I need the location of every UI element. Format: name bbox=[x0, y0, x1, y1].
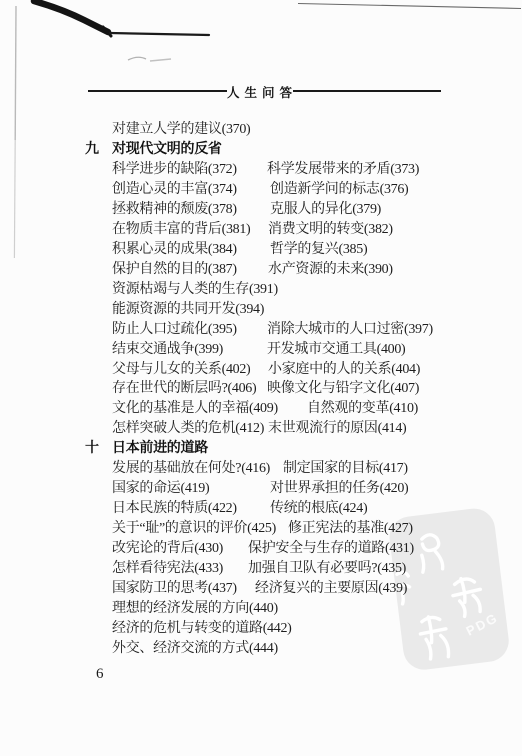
toc-entry-text: 创造新学问的标志(376) bbox=[270, 180, 408, 200]
section-title: 日本前进的道路 bbox=[112, 439, 208, 459]
toc-row: 文化的基准是人的幸福(409)自然观的变革(410) bbox=[0, 399, 522, 419]
toc-entry-text: 消除大城市的人口过密(397) bbox=[267, 320, 433, 340]
toc-row: 日本民族的特质(422)传统的根底(424) bbox=[0, 499, 522, 519]
toc-entry-text: 父母与儿女的关系(402) bbox=[112, 360, 250, 380]
toc-entry-text: 自然观的变革(410) bbox=[307, 399, 418, 419]
toc-entry-text: 日本民族的特质(422) bbox=[112, 499, 237, 519]
toc-entry-text: 保护安全与生存的道路(431) bbox=[248, 539, 414, 559]
toc-entry-text: 积累心灵的成果(384) bbox=[112, 240, 237, 260]
toc-entry-text: 创造心灵的丰富(374) bbox=[112, 180, 237, 200]
toc-row: 对建立人学的建议(370) bbox=[0, 120, 522, 140]
toc-entry-text: 克服人的异化(379) bbox=[270, 200, 381, 220]
toc-row: 关于“耻”的意识的评价(425)修正宪法的基准(427) bbox=[0, 519, 522, 539]
toc-entry-text: 结束交通战争(399) bbox=[112, 340, 223, 360]
page-number: 6 bbox=[96, 666, 104, 683]
toc-entry-text: 拯救精神的颓废(378) bbox=[112, 200, 237, 220]
toc-row: 国家的命运(419)对世界承担的任务(420) bbox=[0, 479, 522, 499]
toc-row: 创造心灵的丰富(374)创造新学问的标志(376) bbox=[0, 180, 522, 200]
toc-row: 在物质丰富的背后(381)消费文明的转变(382) bbox=[0, 220, 522, 240]
toc-row: 理想的经济发展的方向(440) bbox=[0, 599, 522, 619]
toc-row: 存在世代的断层吗?(406)映像文化与铅字文化(407) bbox=[0, 379, 522, 399]
toc-row: 外交、经济交流的方式(444) bbox=[0, 639, 522, 659]
toc-entry-text: 修正宪法的基准(427) bbox=[288, 519, 413, 539]
toc-entry-text: 国家防卫的思考(437) bbox=[112, 579, 237, 599]
toc-row: 父母与儿女的关系(402)小家庭中的人的关系(404) bbox=[0, 360, 522, 380]
toc-entry-text: 传统的根底(424) bbox=[270, 499, 367, 519]
toc-row: 怎样看待宪法(433)加强自卫队有必要吗?(435) bbox=[0, 559, 522, 579]
toc-row: 国家防卫的思考(437)经济复兴的主要原因(439) bbox=[0, 579, 522, 599]
toc-row: 积累心灵的成果(384)哲学的复兴(385) bbox=[0, 240, 522, 260]
toc-entry-text: 文化的基准是人的幸福(409) bbox=[112, 399, 278, 419]
toc-entry-text: 在物质丰富的背后(381) bbox=[112, 220, 250, 240]
toc-entry-text: 对建立人学的建议(370) bbox=[112, 120, 250, 140]
toc-entry-text: 对世界承担的任务(420) bbox=[270, 479, 408, 499]
toc-entry-text: 末世观流行的原因(414) bbox=[268, 419, 406, 439]
toc-entry-text: 资源枯竭与人类的生存(391) bbox=[112, 280, 278, 300]
toc-row: 怎样突破人类的危机(412)末世观流行的原因(414) bbox=[0, 419, 522, 439]
toc-entry-text: 怎样突破人类的危机(412) bbox=[112, 419, 264, 439]
toc-entry-text: 经济复兴的主要原因(439) bbox=[255, 579, 407, 599]
toc-entry-text: 外交、经济交流的方式(444) bbox=[112, 639, 278, 659]
toc-entry-text: 消费文明的转变(382) bbox=[268, 220, 393, 240]
section-number: 十 bbox=[85, 439, 99, 459]
toc-entry-text: 怎样看待宪法(433) bbox=[112, 559, 223, 579]
toc-entry-text: 理想的经济发展的方向(440) bbox=[112, 599, 278, 619]
toc-row: 防止人口过疏化(395)消除大城市的人口过密(397) bbox=[0, 320, 522, 340]
toc-row: 经济的危机与转变的道路(442) bbox=[0, 619, 522, 639]
toc-entry-text: 关于“耻”的意识的评价(425) bbox=[112, 519, 276, 539]
toc-row: 保护自然的目的(387)水产资源的未来(390) bbox=[0, 260, 522, 280]
table-of-contents: 对建立人学的建议(370)九对现代文明的反省科学进步的缺陷(372)科学发展带来… bbox=[0, 0, 522, 756]
toc-row: 能源资源的共同开发(394) bbox=[0, 300, 522, 320]
scanned-book-page: PDG 人生问答 对建立人学的建议(370)九对现代文明的反省科学进步的缺陷(3… bbox=[0, 0, 522, 756]
toc-row: 科学进步的缺陷(372)科学发展带来的矛盾(373) bbox=[0, 160, 522, 180]
section-number: 九 bbox=[85, 140, 99, 160]
toc-row: 改宪论的背后(430)保护安全与生存的道路(431) bbox=[0, 539, 522, 559]
toc-entry-text: 制定国家的目标(417) bbox=[283, 459, 408, 479]
toc-entry-text: 科学进步的缺陷(372) bbox=[112, 160, 237, 180]
section-title: 对现代文明的反省 bbox=[112, 140, 222, 160]
toc-section-row: 九对现代文明的反省 bbox=[0, 140, 522, 160]
toc-entry-text: 加强自卫队有必要吗?(435) bbox=[248, 559, 406, 579]
toc-entry-text: 经济的危机与转变的道路(442) bbox=[112, 619, 292, 639]
toc-entry-text: 哲学的复兴(385) bbox=[270, 240, 367, 260]
toc-entry-text: 能源资源的共同开发(394) bbox=[112, 300, 264, 320]
toc-entry-text: 保护自然的目的(387) bbox=[112, 260, 237, 280]
toc-entry-text: 映像文化与铅字文化(407) bbox=[267, 379, 419, 399]
toc-entry-text: 国家的命运(419) bbox=[112, 479, 209, 499]
toc-row: 发展的基础放在何处?(416)制定国家的目标(417) bbox=[0, 459, 522, 479]
toc-row: 结束交通战争(399)开发城市交通工具(400) bbox=[0, 340, 522, 360]
toc-entry-text: 科学发展带来的矛盾(373) bbox=[267, 160, 419, 180]
toc-row: 拯救精神的颓废(378)克服人的异化(379) bbox=[0, 200, 522, 220]
toc-entry-text: 发展的基础放在何处?(416) bbox=[112, 459, 270, 479]
toc-row: 资源枯竭与人类的生存(391) bbox=[0, 280, 522, 300]
toc-entry-text: 小家庭中的人的关系(404) bbox=[268, 360, 420, 380]
toc-section-row: 十日本前进的道路 bbox=[0, 439, 522, 459]
toc-entry-text: 水产资源的未来(390) bbox=[268, 260, 393, 280]
toc-entry-text: 存在世代的断层吗?(406) bbox=[112, 379, 256, 399]
toc-entry-text: 防止人口过疏化(395) bbox=[112, 320, 237, 340]
toc-entry-text: 改宪论的背后(430) bbox=[112, 539, 223, 559]
toc-entry-text: 开发城市交通工具(400) bbox=[267, 340, 405, 360]
